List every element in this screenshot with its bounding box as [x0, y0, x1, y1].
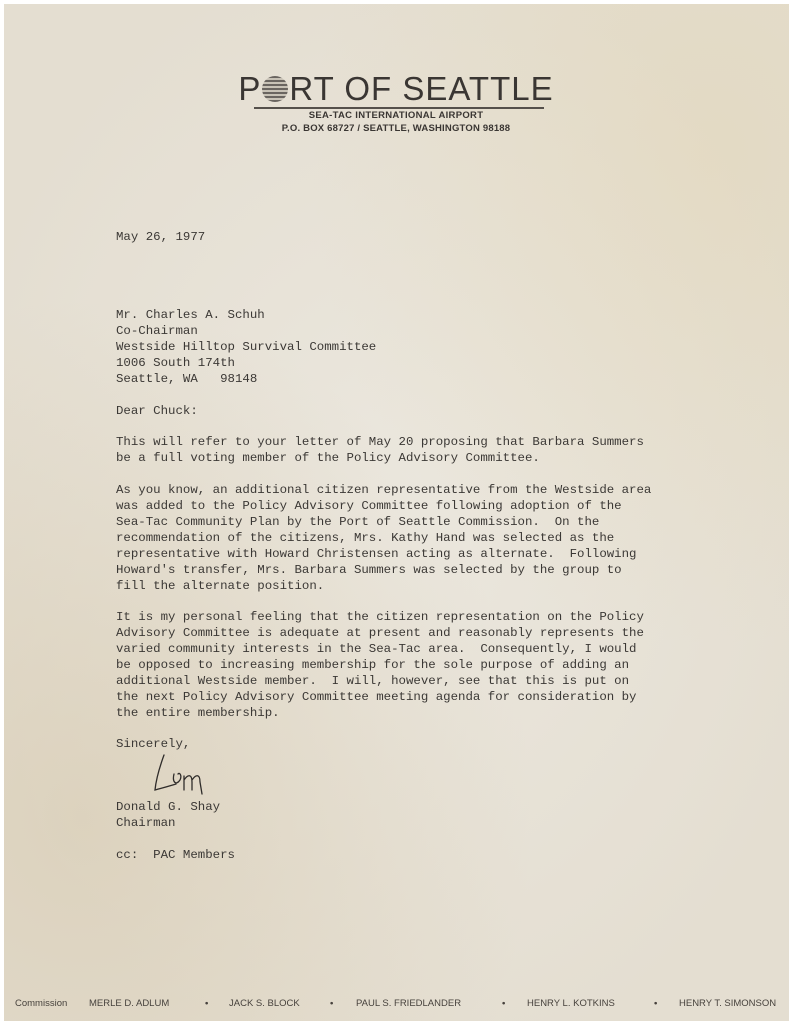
recipient-line: Seattle, WA 98148 — [116, 371, 257, 387]
cc-line: cc: PAC Members — [116, 847, 235, 863]
recipient-line: 1006 South 174th — [116, 355, 235, 371]
body-paragraph: It is my personal feeling that the citiz… — [116, 609, 644, 721]
separator: • — [502, 998, 505, 1009]
closing: Sincerely, — [116, 736, 190, 752]
recipient-line: Mr. Charles A. Schuh — [116, 307, 265, 323]
recipient-line: Co-Chairman — [116, 323, 198, 339]
separator: • — [330, 998, 333, 1009]
signer-title: Chairman — [116, 815, 176, 831]
letterhead-title-suffix: RT OF SEATTLE — [289, 70, 553, 107]
letterhead-subtitle: SEA-TAC INTERNATIONAL AIRPORT — [0, 110, 792, 121]
letterhead-title-prefix: P — [238, 70, 261, 107]
body-paragraph: This will refer to your letter of May 20… — [116, 434, 644, 466]
commissioner: MERLE D. ADLUM — [89, 998, 169, 1009]
signer-name: Donald G. Shay — [116, 799, 220, 815]
letterhead-rule — [254, 107, 544, 109]
commissioner: HENRY T. SIMONSON — [679, 998, 776, 1009]
letterhead-address: P.O. BOX 68727 / SEATTLE, WASHINGTON 981… — [0, 123, 792, 134]
recipient-line: Westside Hilltop Survival Committee — [116, 339, 376, 355]
globe-icon — [262, 76, 288, 102]
salutation: Dear Chuck: — [116, 403, 198, 419]
letter-date: May 26, 1977 — [116, 229, 205, 245]
commissioner: JACK S. BLOCK — [229, 998, 300, 1009]
commissioner: PAUL S. FRIEDLANDER — [356, 998, 461, 1009]
commissioner: HENRY L. KOTKINS — [527, 998, 615, 1009]
signature-icon — [150, 752, 210, 796]
separator: • — [205, 998, 208, 1009]
separator: • — [654, 998, 657, 1009]
letterhead-title: PRT OF SEATTLE — [0, 70, 792, 108]
footer-label: Commission — [15, 998, 67, 1009]
body-paragraph: As you know, an additional citizen repre… — [116, 482, 651, 594]
